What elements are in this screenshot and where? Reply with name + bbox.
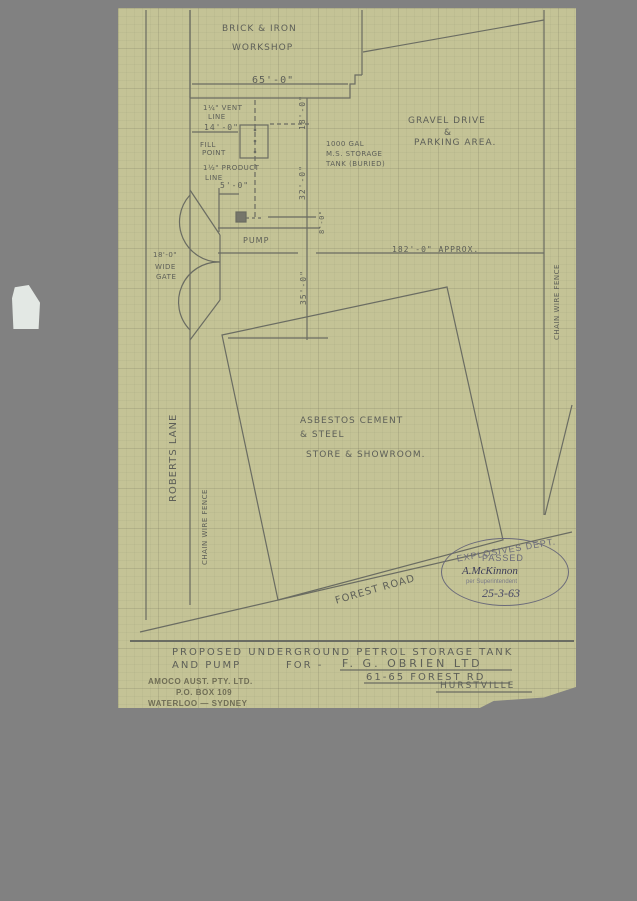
dim-pump-offset: 5'-0" bbox=[220, 181, 249, 190]
company-box: P.O. BOX 109 bbox=[176, 688, 232, 697]
store-label-2: & STEEL bbox=[300, 430, 344, 440]
gravel-label-line3: PARKING AREA. bbox=[414, 138, 496, 148]
client-suburb: HURSTVILLE bbox=[440, 681, 515, 691]
dim-length-182: 182'-0" APPROX. bbox=[392, 245, 479, 254]
pump-label: PUMP bbox=[243, 236, 269, 245]
tank-label-1: 1000 gal bbox=[326, 140, 364, 148]
stamp-per: per Superintendent bbox=[466, 579, 517, 585]
tank-label-3: TANK (BURIED) bbox=[326, 160, 385, 168]
dim-setback-14: 14'-0" bbox=[204, 123, 239, 132]
roberts-lane-label: ROBERTS LANE bbox=[168, 414, 179, 502]
store-label-3: STORE & SHOWROOM. bbox=[306, 450, 426, 460]
dim-workshop-width: 65'-0" bbox=[252, 75, 294, 86]
dim-top-18: 18'-0" bbox=[298, 95, 307, 130]
stamp-date: 25-3-63 bbox=[482, 586, 520, 601]
gate-label-3: GATE bbox=[156, 273, 176, 281]
title-line2-b: FOR - bbox=[286, 660, 323, 671]
store-label-1: ASBESTOS CEMENT bbox=[300, 416, 403, 426]
gate-label-2: WIDE bbox=[155, 263, 176, 271]
stamp-status: PASSED bbox=[482, 553, 524, 563]
title-line2-a: AND PUMP bbox=[172, 660, 241, 671]
workshop-label-line1: BRICK & IRON bbox=[222, 24, 297, 34]
fill-point-label-1: FILL bbox=[200, 141, 216, 149]
chain-fence-right-label: CHAIN WIRE FENCE bbox=[553, 264, 561, 340]
dim-depth-32: 32'-0" bbox=[298, 165, 307, 200]
dim-depth-35: 35'-0" bbox=[299, 270, 308, 305]
company-city: WATERLOO — SYDNEY bbox=[148, 699, 247, 708]
explosives-dept-stamp: EXPLOSIVES DEPT. PASSED A.McKinnon per S… bbox=[441, 538, 569, 606]
stamp-signature: A.McKinnon bbox=[462, 565, 518, 577]
company-name: AMOCO AUST. PTY. LTD. bbox=[148, 677, 253, 686]
chain-fence-left-label: CHAIN WIRE FENCE bbox=[201, 489, 209, 565]
workshop-label-line2: WORKSHOP bbox=[232, 43, 293, 53]
gravel-label-line1: GRAVEL DRIVE bbox=[408, 116, 486, 126]
dim-gap-8: 8'-0" bbox=[318, 210, 326, 234]
vent-line-label-1: 1¼" VENT bbox=[203, 104, 242, 112]
gate-label-1: 18'-0" bbox=[153, 251, 177, 259]
tank-label-2: M.S. STORAGE bbox=[326, 150, 382, 158]
fill-point-label-2: POINT bbox=[202, 149, 226, 157]
gravel-label-line2: & bbox=[444, 128, 452, 138]
vent-line-label-2: LINE bbox=[208, 113, 226, 121]
client-name: F. G. OBRIEN LTD bbox=[342, 657, 483, 670]
product-line-label-1: 1½" PRODUCT bbox=[203, 164, 259, 172]
